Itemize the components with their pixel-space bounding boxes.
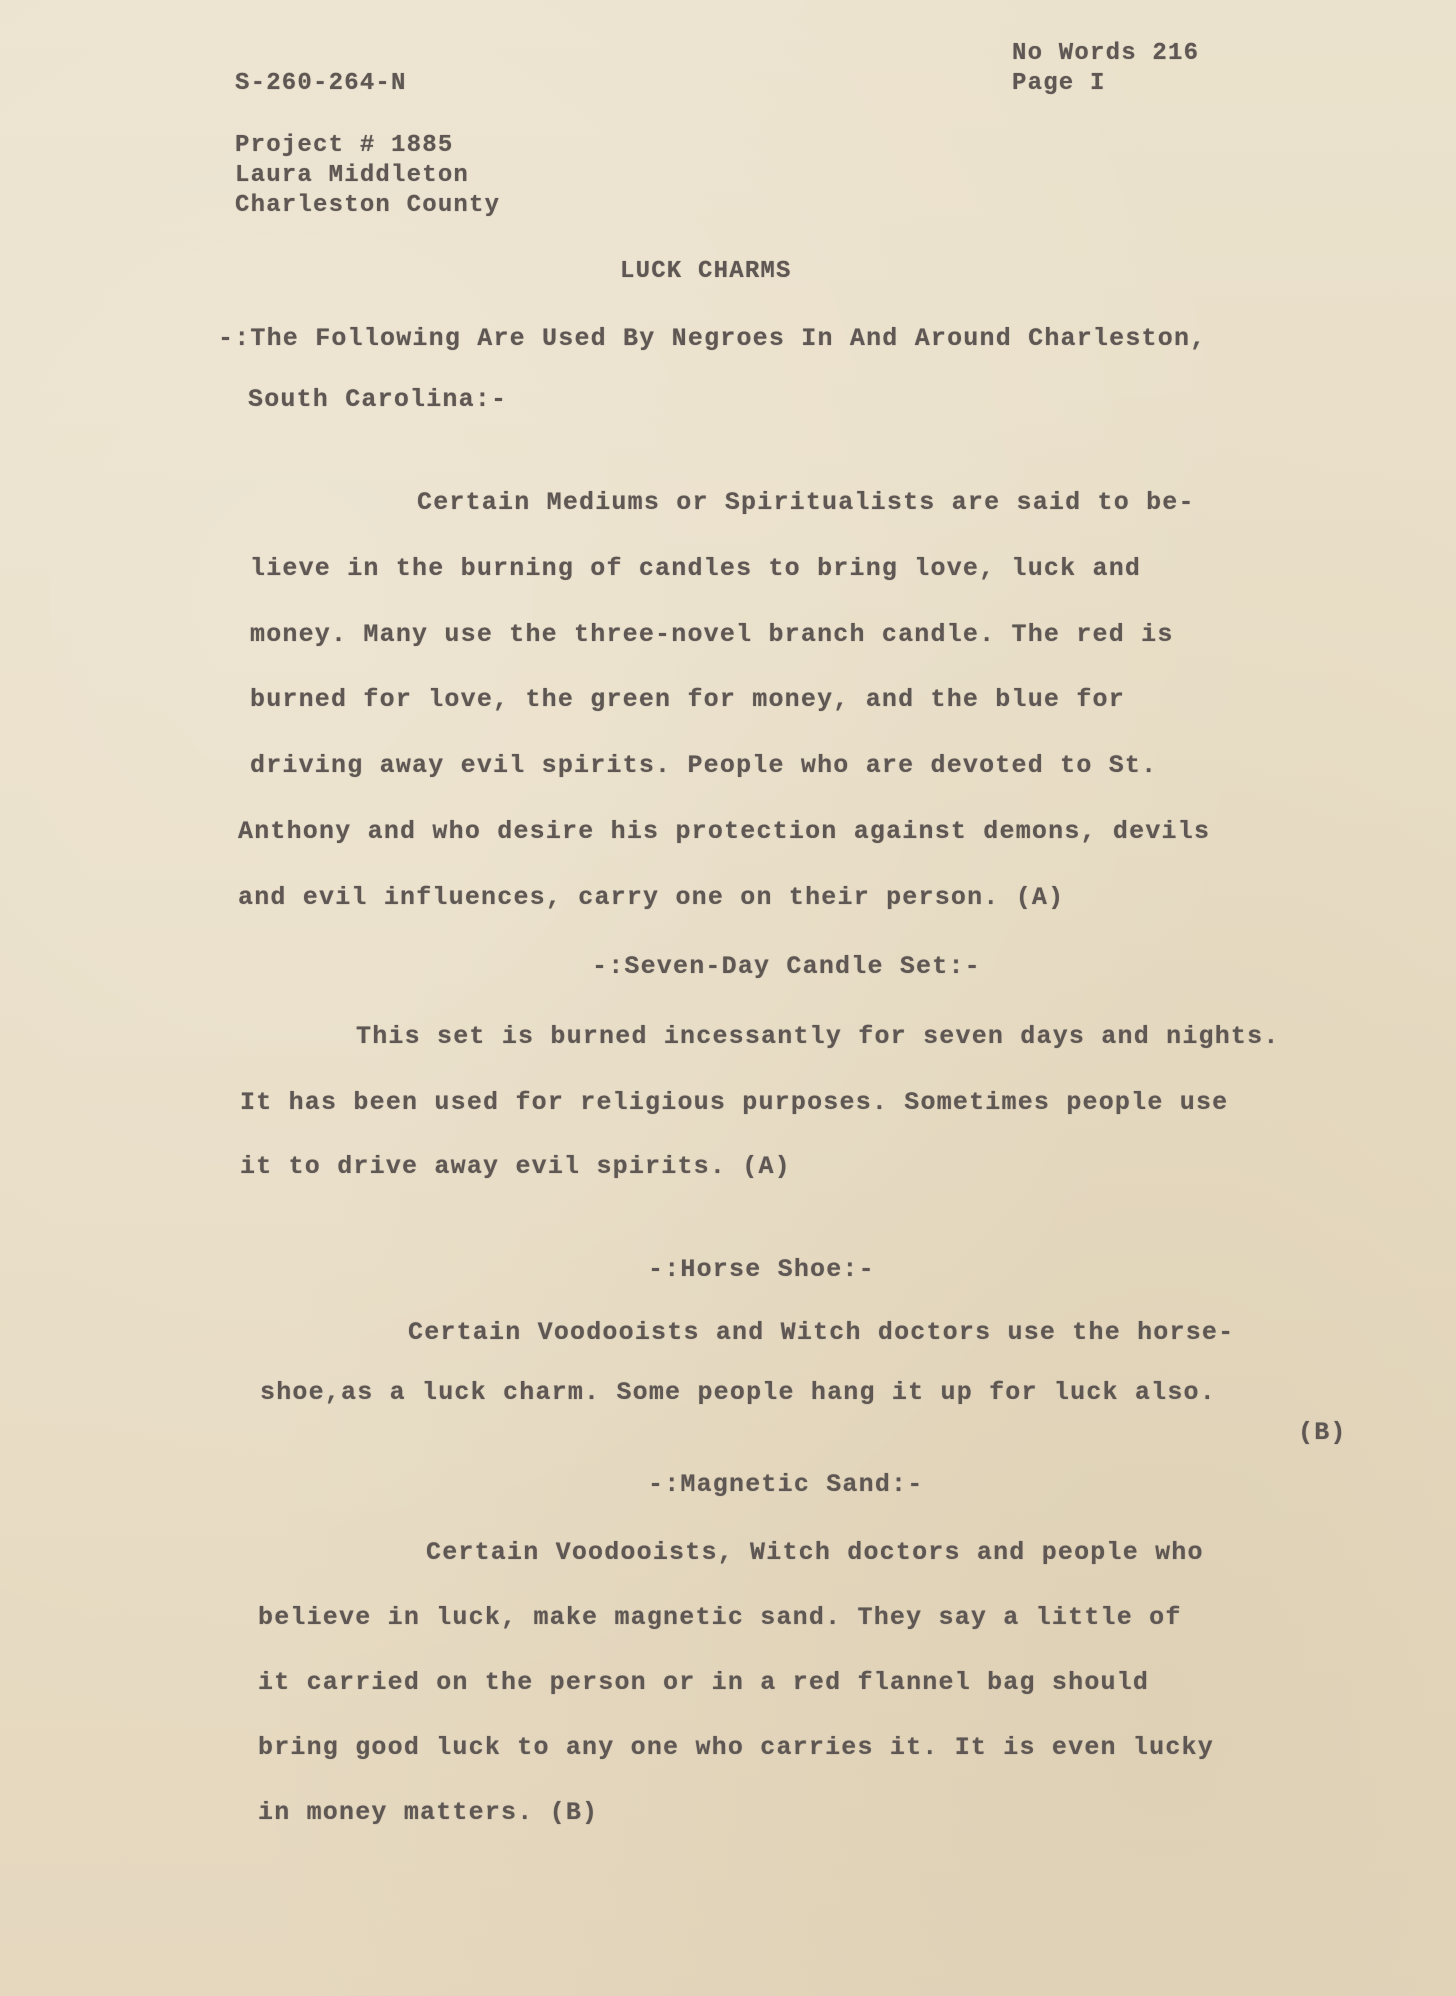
section-heading-magnetic-sand: -:Magnetic Sand:- <box>648 1470 923 1499</box>
author-name: Laura Middleton <box>235 162 469 189</box>
paragraph-line: it carried on the person or in a red fla… <box>258 1668 1149 1697</box>
intro-line-2: South Carolina:- <box>248 385 507 414</box>
paragraph-line: Certain Voodooists, Witch doctors and pe… <box>426 1538 1204 1567</box>
paragraph-line: Certain Voodooists and Witch doctors use… <box>408 1318 1234 1347</box>
document-title: LUCK CHARMS <box>620 258 792 285</box>
county-name: Charleston County <box>235 192 500 219</box>
word-count: No Words 216 <box>1012 40 1199 67</box>
paragraph-line: in money matters. (B) <box>258 1798 598 1827</box>
paragraph-line: Certain Mediums or Spiritualists are sai… <box>417 488 1195 517</box>
paragraph-line: burned for love, the green for money, an… <box>250 685 1125 714</box>
paragraph-line: This set is burned incessantly for seven… <box>356 1022 1280 1051</box>
paragraph-line: bring good luck to any one who carries i… <box>258 1733 1214 1762</box>
intro-line-1: -:The Following Are Used By Negroes In A… <box>218 324 1206 353</box>
page-number: Page I <box>1012 70 1106 97</box>
source-reference-b: (B) <box>1298 1418 1347 1447</box>
paragraph-line: and evil influences, carry one on their … <box>238 883 1064 912</box>
section-heading-seven-day-candle-set: -:Seven-Day Candle Set:- <box>592 952 981 981</box>
paragraph-line: Anthony and who desire his protection ag… <box>238 817 1210 846</box>
paragraph-line: lieve in the burning of candles to bring… <box>250 554 1141 583</box>
paragraph-line: driving away evil spirits. People who ar… <box>250 751 1157 780</box>
document-code: S-260-264-N <box>235 70 407 97</box>
project-number: Project # 1885 <box>235 132 453 159</box>
paragraph-line: it to drive away evil spirits. (A) <box>240 1152 791 1181</box>
section-heading-horse-shoe: -:Horse Shoe:- <box>648 1255 875 1284</box>
paragraph-line: believe in luck, make magnetic sand. The… <box>258 1603 1182 1632</box>
paragraph-line: money. Many use the three-novel branch c… <box>250 620 1174 649</box>
paragraph-line: shoe,as a luck charm. Some people hang i… <box>260 1378 1216 1407</box>
paragraph-line: It has been used for religious purposes.… <box>240 1088 1228 1117</box>
